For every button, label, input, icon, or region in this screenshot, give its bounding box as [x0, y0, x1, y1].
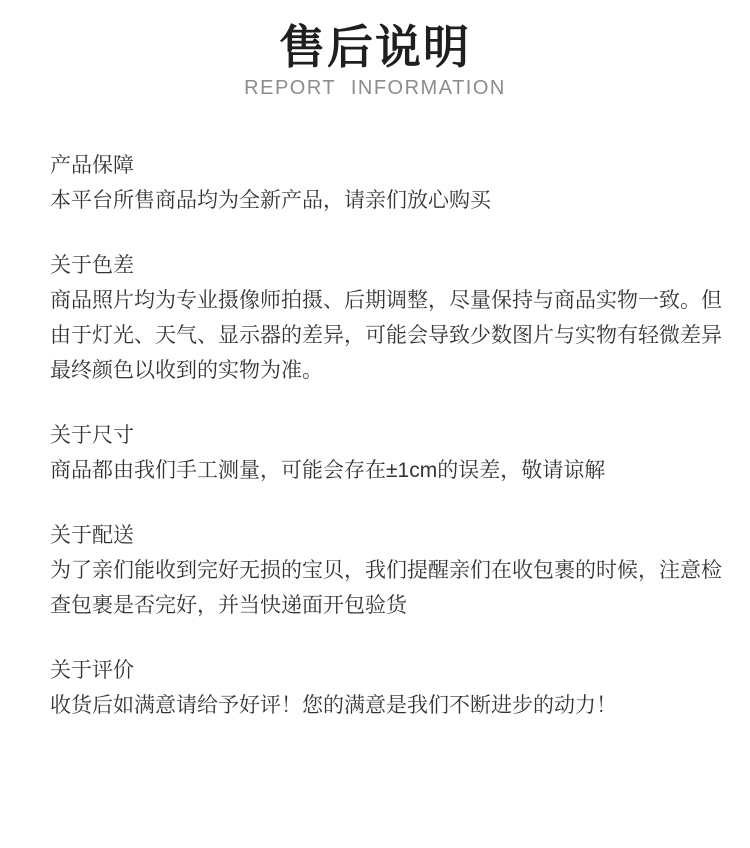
- section-product-guarantee: 产品保障 本平台所售商品均为全新产品，请亲们放心购买: [50, 148, 722, 218]
- section-review: 关于评价 收货后如满意请给予好评！您的满意是我们不断进步的动力！: [50, 653, 722, 723]
- section-size: 关于尺寸 商品都由我们手工测量，可能会存在±1cm的误差，敬请谅解: [50, 418, 722, 488]
- section-body: 商品都由我们手工测量，可能会存在±1cm的误差，敬请谅解: [50, 453, 722, 488]
- section-delivery: 关于配送 为了亲们能收到完好无损的宝贝，我们提醒亲们在收包裹的时候，注意检查包裹…: [50, 518, 722, 623]
- sections-container: 产品保障 本平台所售商品均为全新产品，请亲们放心购买 关于色差 商品照片均为专业…: [0, 100, 750, 723]
- section-heading: 关于尺寸: [50, 418, 722, 453]
- section-body: 收货后如满意请给予好评！您的满意是我们不断进步的动力！: [50, 688, 722, 723]
- section-body: 商品照片均为专业摄像师拍摄、后期调整，尽量保持与商品实物一致。但由于灯光、天气、…: [50, 283, 722, 388]
- page-title: 售后说明: [0, 20, 750, 74]
- after-sales-info-page: 售后说明 REPORT INFORMATION 产品保障 本平台所售商品均为全新…: [0, 0, 750, 848]
- section-body: 为了亲们能收到完好无损的宝贝，我们提醒亲们在收包裹的时候，注意检查包裹是否完好，…: [50, 553, 722, 623]
- section-body: 本平台所售商品均为全新产品，请亲们放心购买: [50, 183, 722, 218]
- section-heading: 关于色差: [50, 248, 722, 283]
- section-heading: 产品保障: [50, 148, 722, 183]
- section-heading: 关于评价: [50, 653, 722, 688]
- section-heading: 关于配送: [50, 518, 722, 553]
- page-header: 售后说明 REPORT INFORMATION: [0, 0, 750, 100]
- page-subtitle: REPORT INFORMATION: [0, 76, 750, 100]
- section-color-difference: 关于色差 商品照片均为专业摄像师拍摄、后期调整，尽量保持与商品实物一致。但由于灯…: [50, 248, 722, 388]
